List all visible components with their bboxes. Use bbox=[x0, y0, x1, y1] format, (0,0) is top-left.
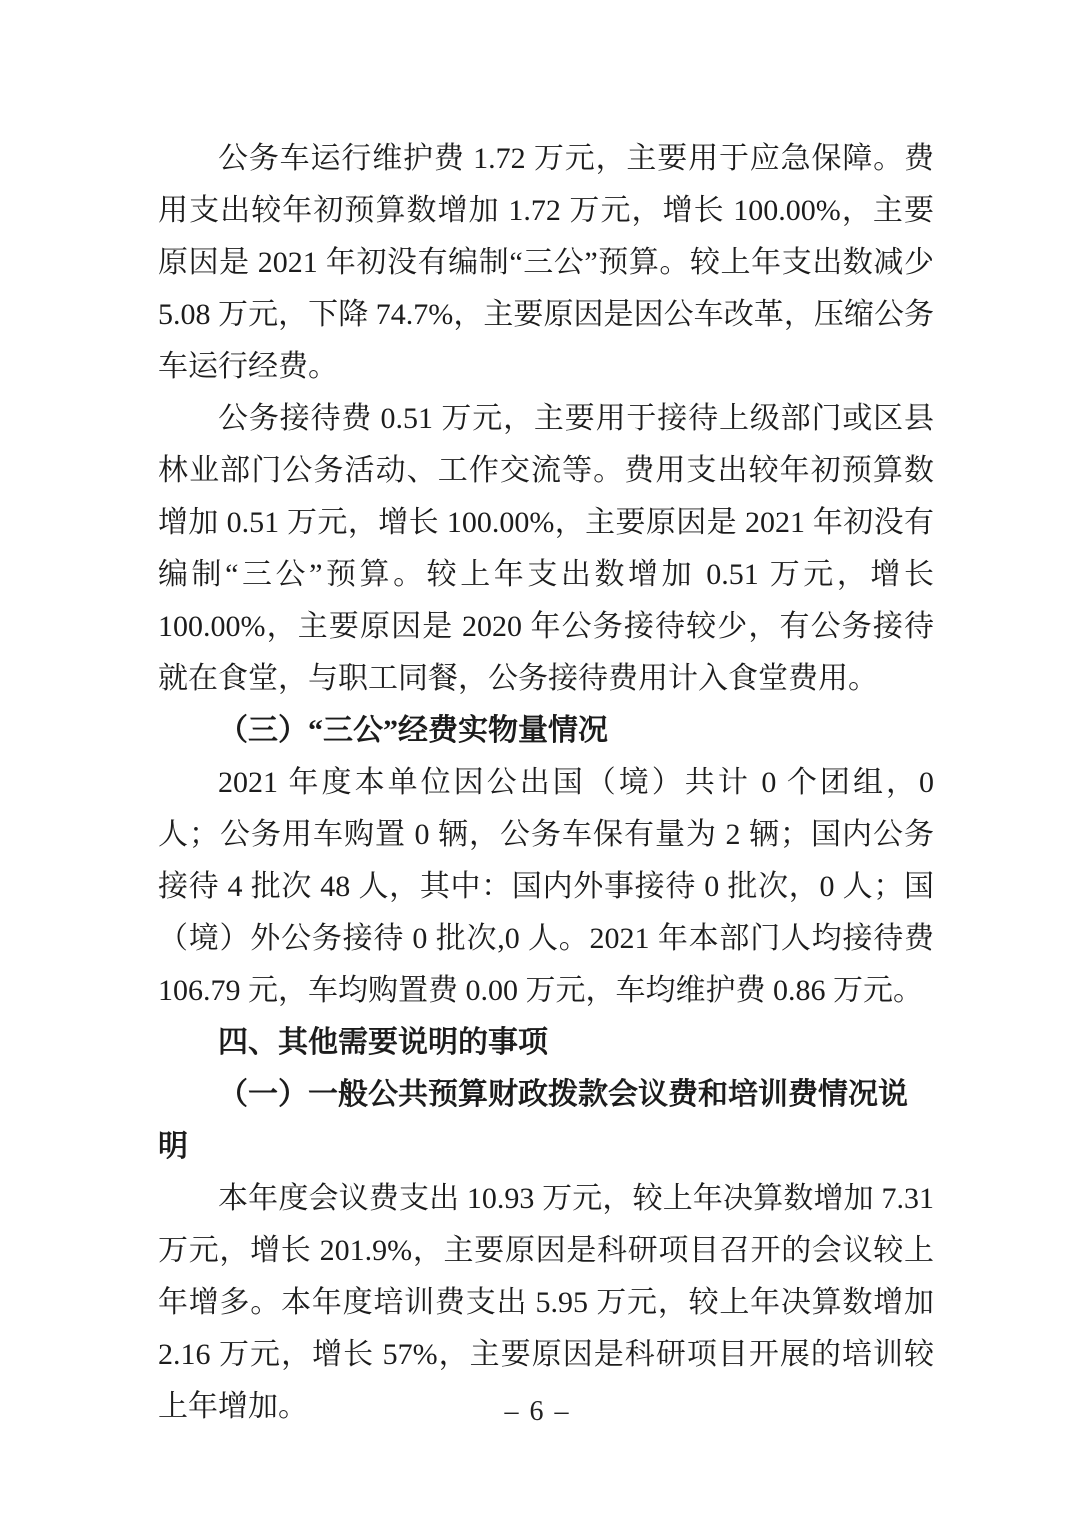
subsection-heading-meeting-training-fees: （一）一般公共预算财政拨款会议费和培训费情况说明 bbox=[158, 1069, 934, 1173]
body-paragraph-official-reception: 公务接待费 0.51 万元，主要用于接待上级部门或区县林业部门公务活动、工作交流… bbox=[158, 393, 934, 705]
page-number: – 6 – bbox=[0, 1396, 1075, 1428]
document-page: 公务车运行维护费 1.72 万元，主要用于应急保障。费用支出较年初预算数增加 1… bbox=[0, 0, 1075, 1521]
section-heading-other-matters: 四、其他需要说明的事项 bbox=[158, 1017, 934, 1069]
body-paragraph-vehicle-maintenance: 公务车运行维护费 1.72 万元，主要用于应急保障。费用支出较年初预算数增加 1… bbox=[158, 133, 934, 393]
document-body: 公务车运行维护费 1.72 万元，主要用于应急保障。费用支出较年初预算数增加 1… bbox=[158, 133, 934, 1433]
subsection-heading-three-public-expenses: （三）“三公”经费实物量情况 bbox=[158, 705, 934, 757]
body-paragraph-physical-quantities: 2021 年度本单位因公出国（境）共计 0 个团组，0 人；公务用车购置 0 辆… bbox=[158, 757, 934, 1017]
body-paragraph-meeting-training-details: 本年度会议费支出 10.93 万元，较上年决算数增加 7.31 万元，增长 20… bbox=[158, 1173, 934, 1433]
